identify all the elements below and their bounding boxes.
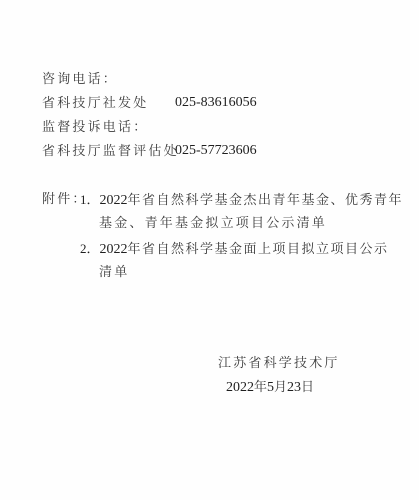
attachment-1-title-line1: 年省自然科学基金杰出青年基金、优秀青年	[128, 193, 404, 208]
attachment-item-1: 1．2022年省自然科学基金杰出青年基金、优秀青年	[80, 192, 403, 209]
supervise-phone-number: 025-57723606	[175, 143, 257, 159]
attachment-2-number: 2．	[80, 241, 100, 256]
document-page: 咨询电话： 省科技厅社发处 025-83616056 监督投诉电话： 省科技厅监…	[0, 0, 419, 500]
consult-phone-number: 025-83616056	[175, 95, 257, 111]
consult-phone-label: 咨询电话：	[42, 72, 118, 88]
issue-date: 2022年5月23日	[226, 380, 314, 396]
supervise-phone-label: 监督投诉电话：	[42, 120, 148, 136]
issuing-organization: 江苏省科学技术厅	[218, 356, 340, 372]
attachment-item-2: 2．2022年省自然科学基金面上项目拟立项目公示	[80, 241, 389, 258]
date-year: 2022	[226, 380, 254, 395]
date-day-suffix: 日	[301, 380, 314, 395]
attachment-2-title-line1: 年省自然科学基金面上项目拟立项目公示	[128, 242, 389, 257]
consult-department: 省科技厅社发处	[42, 96, 148, 112]
date-year-suffix: 年	[254, 380, 267, 395]
date-month: 5	[267, 380, 274, 395]
attachment-2-year: 2022	[100, 242, 128, 257]
attachment-1-year: 2022	[100, 193, 128, 208]
date-day: 23	[287, 380, 301, 395]
attachment-1-title-line2: 基金、青年基金拟立项目公示清单	[99, 216, 327, 232]
supervise-department: 省科技厅监督评估处	[42, 144, 179, 160]
attachment-2-title-line2: 清单	[99, 265, 129, 281]
date-month-suffix: 月	[274, 380, 287, 395]
attachment-1-number: 1．	[80, 192, 100, 207]
